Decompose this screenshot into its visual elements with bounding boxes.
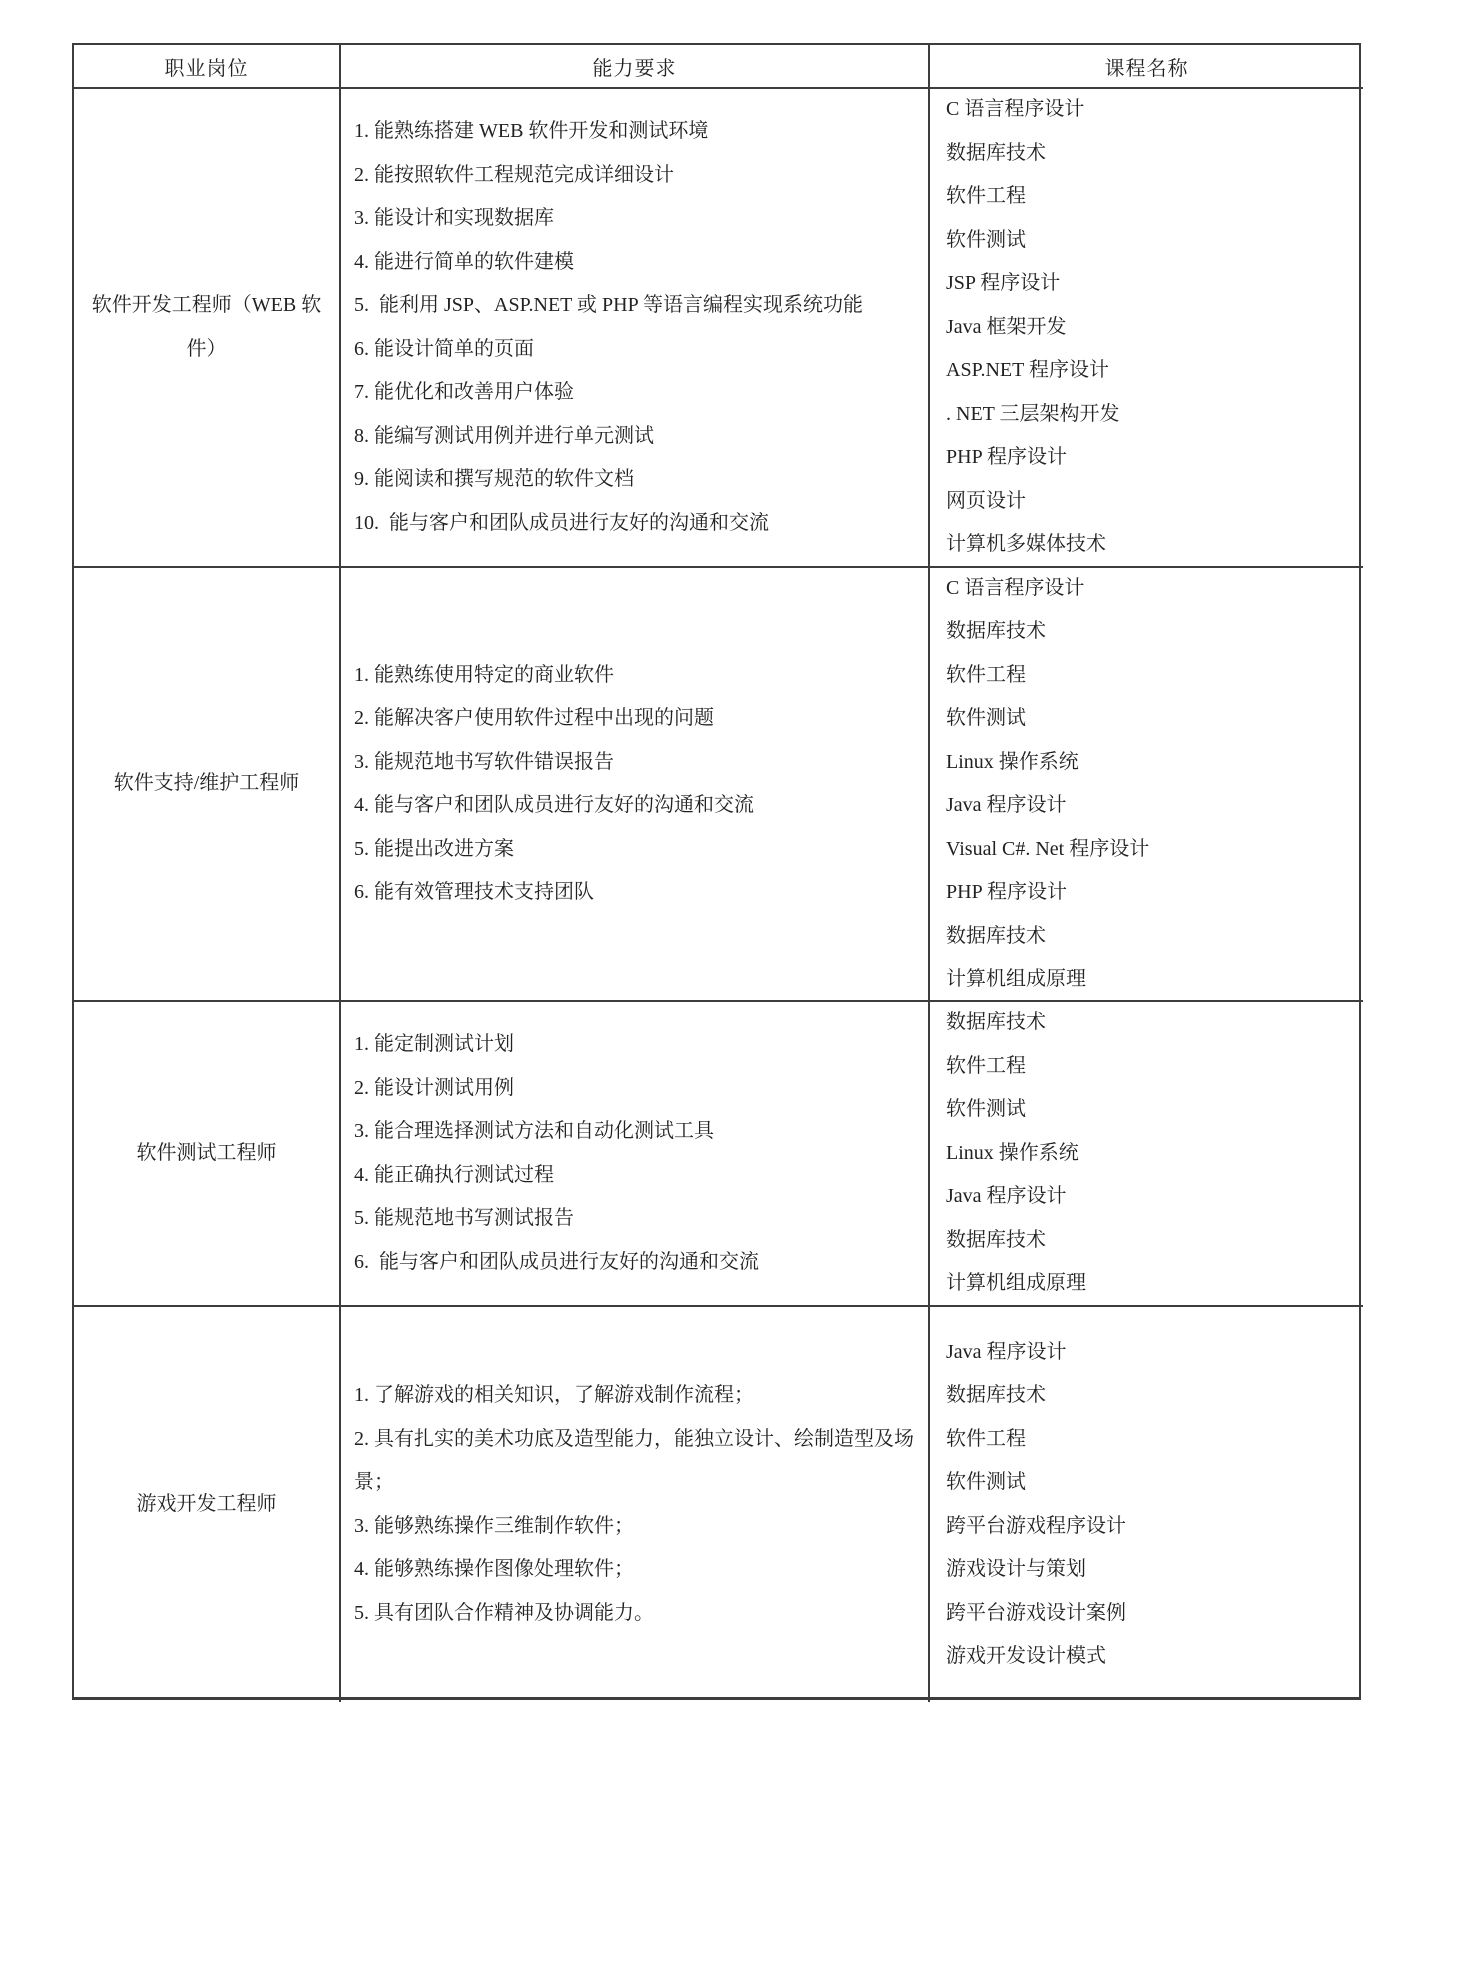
- position-label: 游戏开发工程师: [137, 1483, 277, 1527]
- course-item: Linux 操作系统: [946, 741, 1357, 785]
- course-item: 计算机多媒体技术: [946, 523, 1357, 567]
- ability-item: 3. 能设计和实现数据库: [354, 197, 918, 241]
- course-item: . NET 三层架构开发: [946, 393, 1357, 437]
- row-3-courses-cell: 数据库技术软件工程软件测试Linux 操作系统Java 程序设计数据库技术计算机…: [930, 1002, 1363, 1307]
- ability-item: 1. 能定制测试计划: [354, 1023, 918, 1067]
- row-4-abilities-cell: 1. 了解游戏的相关知识，了解游戏制作流程；2. 具有扎实的美术功底及造型能力，…: [341, 1307, 930, 1702]
- course-item: Java 框架开发: [946, 306, 1357, 350]
- course-item: 计算机组成原理: [946, 958, 1357, 1002]
- abilities-list: 1. 能熟练搭建 WEB 软件开发和测试环境2. 能按照软件工程规范完成详细设计…: [354, 110, 918, 545]
- ability-item: 3. 能够熟练操作三维制作软件；: [354, 1505, 918, 1549]
- position-label: 软件支持/维护工程师: [114, 762, 300, 806]
- course-item: 跨平台游戏程序设计: [946, 1505, 1357, 1549]
- ability-item: 1. 了解游戏的相关知识，了解游戏制作流程；: [354, 1374, 918, 1418]
- header-cell-courses: 课程名称: [930, 45, 1363, 89]
- course-item: 数据库技术: [946, 132, 1357, 176]
- course-item: 软件工程: [946, 1418, 1357, 1462]
- ability-item: 8. 能编写测试用例并进行单元测试: [354, 415, 918, 459]
- course-item: 软件测试: [946, 697, 1357, 741]
- row-1-courses-cell: C 语言程序设计数据库技术软件工程软件测试JSP 程序设计Java 框架开发AS…: [930, 89, 1363, 568]
- ability-item: 3. 能合理选择测试方法和自动化测试工具: [354, 1110, 918, 1154]
- row-2-abilities-cell: 1. 能熟练使用特定的商业软件2. 能解决客户使用软件过程中出现的问题3. 能规…: [341, 568, 930, 1002]
- course-item: 数据库技术: [946, 610, 1357, 654]
- course-item: PHP 程序设计: [946, 871, 1357, 915]
- course-item: 游戏开发设计模式: [946, 1635, 1357, 1679]
- ability-item: 10. 能与客户和团队成员进行友好的沟通和交流: [354, 502, 918, 546]
- course-item: 软件工程: [946, 175, 1357, 219]
- course-item: Java 程序设计: [946, 1331, 1357, 1375]
- course-item: 软件工程: [946, 654, 1357, 698]
- course-item: 跨平台游戏设计案例: [946, 1592, 1357, 1636]
- course-item: ASP.NET 程序设计: [946, 349, 1357, 393]
- course-item: 数据库技术: [946, 1374, 1357, 1418]
- course-item: 软件测试: [946, 1088, 1357, 1132]
- course-item: JSP 程序设计: [946, 262, 1357, 306]
- ability-item: 2. 能设计测试用例: [354, 1067, 918, 1111]
- row-2-position-cell: 软件支持/维护工程师: [74, 568, 341, 1002]
- document-page: 职业岗位 能力要求 课程名称 软件开发工程师（WEB 软件） 1. 能熟练搭建 …: [0, 0, 1464, 1976]
- courses-list: Java 程序设计数据库技术软件工程软件测试跨平台游戏程序设计游戏设计与策划跨平…: [946, 1331, 1357, 1679]
- course-item: 数据库技术: [946, 1219, 1357, 1263]
- ability-item: 4. 能够熟练操作图像处理软件；: [354, 1548, 918, 1592]
- course-item: 游戏设计与策划: [946, 1548, 1357, 1592]
- position-label: 软件测试工程师: [137, 1132, 277, 1176]
- header-cell-abilities: 能力要求: [341, 45, 930, 89]
- course-item: 软件工程: [946, 1045, 1357, 1089]
- courses-list: C 语言程序设计数据库技术软件工程软件测试JSP 程序设计Java 框架开发AS…: [946, 89, 1357, 567]
- ability-item: 7. 能优化和改善用户体验: [354, 371, 918, 415]
- row-1-position-cell: 软件开发工程师（WEB 软件）: [74, 89, 341, 568]
- ability-item: 2. 能解决客户使用软件过程中出现的问题: [354, 697, 918, 741]
- ability-item: 1. 能熟练搭建 WEB 软件开发和测试环境: [354, 110, 918, 154]
- ability-item: 4. 能正确执行测试过程: [354, 1154, 918, 1198]
- ability-item: 5. 能规范地书写测试报告: [354, 1197, 918, 1241]
- ability-item: 5. 具有团队合作精神及协调能力。: [354, 1592, 918, 1636]
- ability-item: 1. 能熟练使用特定的商业软件: [354, 654, 918, 698]
- course-item: C 语言程序设计: [946, 568, 1357, 610]
- course-item: 计算机组成原理: [946, 1262, 1357, 1306]
- abilities-list: 1. 了解游戏的相关知识，了解游戏制作流程；2. 具有扎实的美术功底及造型能力，…: [354, 1374, 918, 1635]
- course-item: Visual C#. Net 程序设计: [946, 828, 1357, 872]
- row-4-position-cell: 游戏开发工程师: [74, 1307, 341, 1702]
- ability-item: 2. 具有扎实的美术功底及造型能力，能独立设计、绘制造型及场景；: [354, 1418, 918, 1505]
- ability-item: 5. 能提出改进方案: [354, 828, 918, 872]
- course-item: C 语言程序设计: [946, 89, 1357, 132]
- course-item: Java 程序设计: [946, 784, 1357, 828]
- course-item: Linux 操作系统: [946, 1132, 1357, 1176]
- curriculum-table: 职业岗位 能力要求 课程名称 软件开发工程师（WEB 软件） 1. 能熟练搭建 …: [72, 43, 1361, 1700]
- row-4-courses-cell: Java 程序设计数据库技术软件工程软件测试跨平台游戏程序设计游戏设计与策划跨平…: [930, 1307, 1363, 1702]
- course-item: 数据库技术: [946, 1002, 1357, 1045]
- course-item: Java 程序设计: [946, 1175, 1357, 1219]
- ability-item: 4. 能进行简单的软件建模: [354, 241, 918, 285]
- course-item: 网页设计: [946, 480, 1357, 524]
- courses-list: 数据库技术软件工程软件测试Linux 操作系统Java 程序设计数据库技术计算机…: [946, 1002, 1357, 1306]
- ability-item: 6. 能设计简单的页面: [354, 328, 918, 372]
- row-2-courses-cell: C 语言程序设计数据库技术软件工程软件测试Linux 操作系统Java 程序设计…: [930, 568, 1363, 1002]
- row-3-position-cell: 软件测试工程师: [74, 1002, 341, 1307]
- header-cell-position: 职业岗位: [74, 45, 341, 89]
- course-item: 数据库技术: [946, 915, 1357, 959]
- header-label-abilities: 能力要求: [593, 52, 677, 81]
- courses-list: C 语言程序设计数据库技术软件工程软件测试Linux 操作系统Java 程序设计…: [946, 568, 1357, 1002]
- ability-item: 3. 能规范地书写软件错误报告: [354, 741, 918, 785]
- course-item: 软件测试: [946, 219, 1357, 263]
- row-3-abilities-cell: 1. 能定制测试计划2. 能设计测试用例3. 能合理选择测试方法和自动化测试工具…: [341, 1002, 930, 1307]
- ability-item: 5. 能利用 JSP、ASP.NET 或 PHP 等语言编程实现系统功能: [354, 284, 918, 328]
- abilities-list: 1. 能熟练使用特定的商业软件2. 能解决客户使用软件过程中出现的问题3. 能规…: [354, 654, 918, 915]
- ability-item: 6. 能与客户和团队成员进行友好的沟通和交流: [354, 1241, 918, 1285]
- position-label: 软件开发工程师（WEB 软件）: [86, 284, 327, 371]
- header-label-position: 职业岗位: [165, 52, 249, 81]
- header-label-courses: 课程名称: [1105, 52, 1189, 81]
- ability-item: 4. 能与客户和团队成员进行友好的沟通和交流: [354, 784, 918, 828]
- ability-item: 6. 能有效管理技术支持团队: [354, 871, 918, 915]
- course-item: PHP 程序设计: [946, 436, 1357, 480]
- ability-item: 9. 能阅读和撰写规范的软件文档: [354, 458, 918, 502]
- abilities-list: 1. 能定制测试计划2. 能设计测试用例3. 能合理选择测试方法和自动化测试工具…: [354, 1023, 918, 1284]
- ability-item: 2. 能按照软件工程规范完成详细设计: [354, 154, 918, 198]
- course-item: 软件测试: [946, 1461, 1357, 1505]
- row-1-abilities-cell: 1. 能熟练搭建 WEB 软件开发和测试环境2. 能按照软件工程规范完成详细设计…: [341, 89, 930, 568]
